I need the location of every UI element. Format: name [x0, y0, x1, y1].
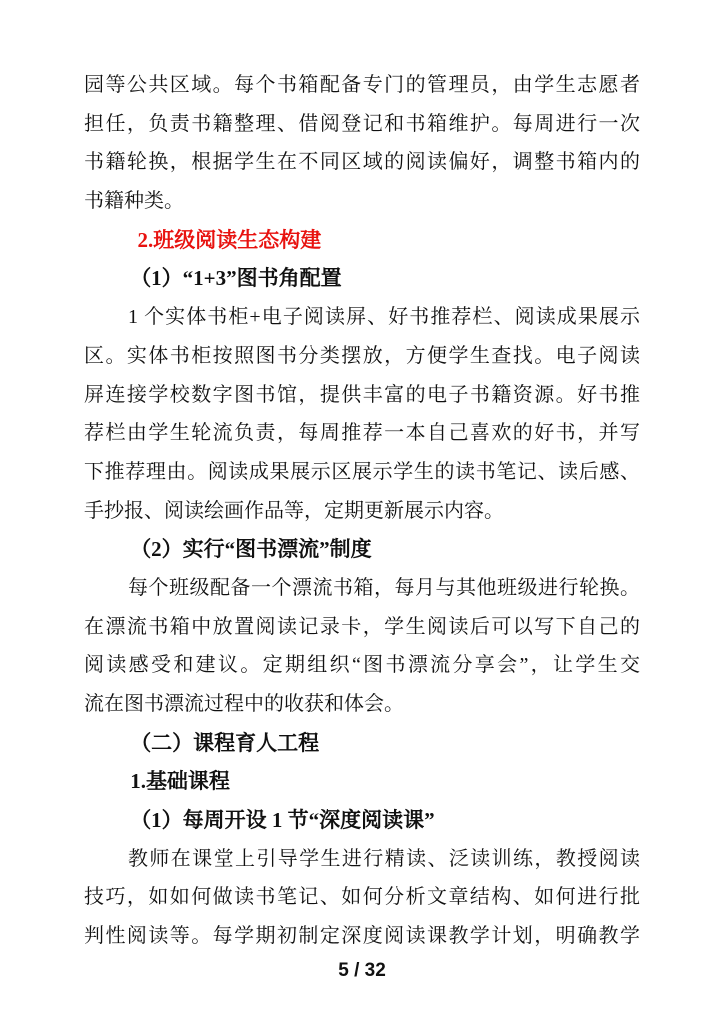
document-body: 园等公共区域。每个书箱配备专门的管理员，由学生志愿者担任，负责书籍整理、借阅登记… [84, 66, 640, 956]
text-line: 担任，负责书籍整理、借阅登记和书箱维护。每周进行一次 [84, 105, 640, 144]
text-line: （二）课程育人工程 [84, 724, 640, 763]
sub-heading: （二）课程育人工程 [84, 724, 640, 763]
text-line: 阅读感受和建议。定期组织“图书漂流分享会”，让学生交 [84, 646, 640, 685]
text-line: 在漂流书箱中放置阅读记录卡，学生阅读后可以写下自己的 [84, 608, 640, 647]
text-line: 下推荐理由。阅读成果展示区展示学生的读书笔记、读后感、 [84, 453, 640, 492]
sub-heading: 1.基础课程 [84, 762, 640, 801]
text-line: （1）每周开设 1 节“深度阅读课” [84, 801, 640, 840]
text-line: 每个班级配备一个漂流书箱，每月与其他班级进行轮换。 [84, 569, 640, 608]
text-line: 区。实体书柜按照图书分类摆放，方便学生查找。电子阅读 [84, 337, 640, 376]
sub-heading: （1）每周开设 1 节“深度阅读课” [84, 801, 640, 840]
text-line: 书籍种类。 [84, 182, 640, 221]
text-line: 荐栏由学生轮流负责，每周推荐一本自己喜欢的好书，并写 [84, 414, 640, 453]
paragraph: 园等公共区域。每个书箱配备专门的管理员，由学生志愿者担任，负责书籍整理、借阅登记… [84, 66, 640, 221]
text-line: 教师在课堂上引导学生进行精读、泛读训练，教授阅读 [84, 840, 640, 879]
text-line: （1）“1+3”图书角配置 [84, 259, 640, 298]
sub-heading: （2）实行“图书漂流”制度 [84, 530, 640, 569]
sub-heading: （1）“1+3”图书角配置 [84, 259, 640, 298]
page-number: 5 / 32 [0, 960, 724, 982]
text-line: 1.基础课程 [84, 762, 640, 801]
text-line: 书籍轮换，根据学生在不同区域的阅读偏好，调整书箱内的 [84, 143, 640, 182]
paragraph: 每个班级配备一个漂流书箱，每月与其他班级进行轮换。在漂流书箱中放置阅读记录卡，学… [84, 569, 640, 724]
text-line: 园等公共区域。每个书箱配备专门的管理员，由学生志愿者 [84, 66, 640, 105]
text-line: 2.班级阅读生态构建 [84, 221, 640, 260]
text-line: 手抄报、阅读绘画作品等，定期更新展示内容。 [84, 492, 640, 531]
text-line: （2）实行“图书漂流”制度 [84, 530, 640, 569]
text-line: 1 个实体书柜+电子阅读屏、好书推荐栏、阅读成果展示 [84, 298, 640, 337]
text-line: 技巧，如如何做读书笔记、如何分析文章结构、如何进行批 [84, 878, 640, 917]
section-heading-red: 2.班级阅读生态构建 [84, 221, 640, 260]
paragraph: 教师在课堂上引导学生进行精读、泛读训练，教授阅读技巧，如如何做读书笔记、如何分析… [84, 840, 640, 956]
text-line: 屏连接学校数字图书馆，提供丰富的电子书籍资源。好书推 [84, 376, 640, 415]
paragraph: 1 个实体书柜+电子阅读屏、好书推荐栏、阅读成果展示区。实体书柜按照图书分类摆放… [84, 298, 640, 530]
text-line: 判性阅读等。每学期初制定深度阅读课教学计划，明确教学 [84, 917, 640, 956]
document-page: 园等公共区域。每个书箱配备专门的管理员，由学生志愿者担任，负责书籍整理、借阅登记… [0, 0, 724, 1024]
text-line: 流在图书漂流过程中的收获和体会。 [84, 685, 640, 724]
